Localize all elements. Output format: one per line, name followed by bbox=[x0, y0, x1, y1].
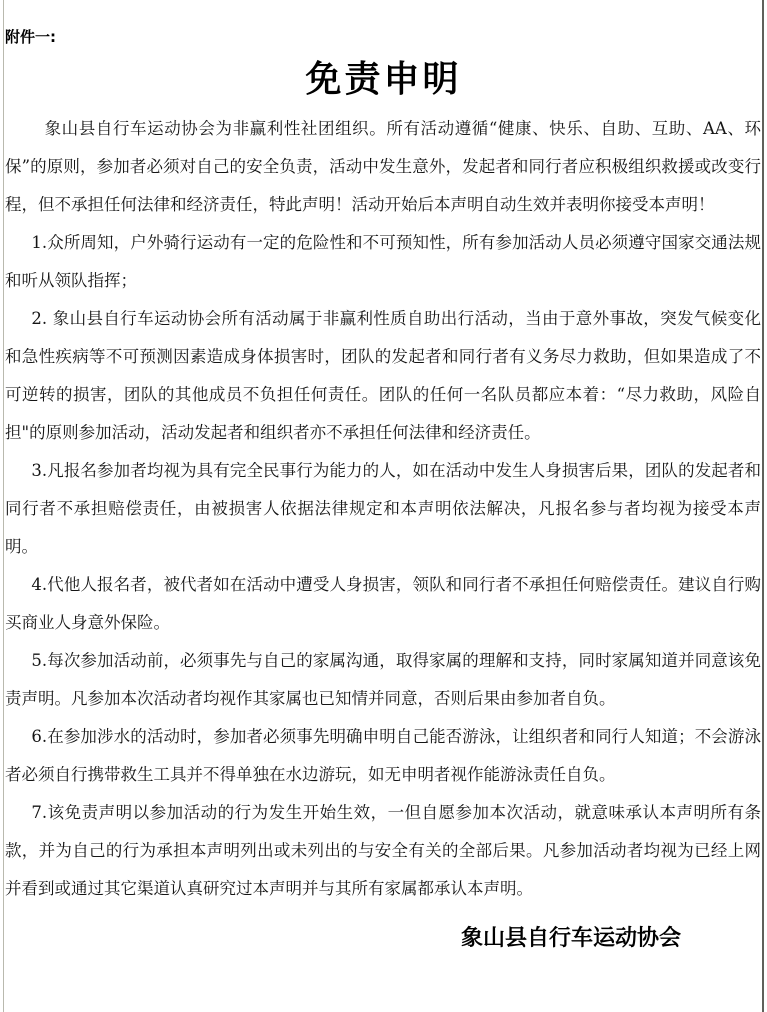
paragraph-item-3: 3.凡报名参加者均视为具有完全民事行为能力的人，如在活动中发生人身损害后果，团队… bbox=[5, 452, 761, 566]
attachment-label: 附件一: bbox=[5, 28, 767, 46]
page-border-left bbox=[3, 0, 4, 1012]
paragraph-item-4: 4.代他人报名者，被代者如在活动中遭受人身损害，领队和同行者不承担任何赔偿责任。… bbox=[5, 566, 761, 642]
paragraph-item-1: 1.众所周知，户外骑行运动有一定的危险性和不可预知性，所有参加活动人员必须遵守国… bbox=[5, 224, 761, 300]
paragraph-intro: 象山县自行车运动协会为非赢利性社团组织。所有活动遵循“健康、快乐、自助、互助、A… bbox=[5, 110, 761, 224]
signature: 象山县自行车运动协会 bbox=[0, 922, 681, 956]
document-title: 免责申明 bbox=[0, 55, 767, 103]
paragraph-item-7: 7.该免责声明以参加活动的行为发生开始生效，一但自愿参加本次活动，就意味承认本声… bbox=[5, 794, 761, 908]
paragraph-item-6: 6.在参加涉水的活动时，参加者必须事先明确申明自己能否游泳，让组织者和同行人知道… bbox=[5, 718, 761, 794]
paragraph-item-2: 2. 象山县自行车运动协会所有活动属于非赢利性质自助出行活动，当由于意外事故，突… bbox=[5, 300, 761, 452]
document-body: 象山县自行车运动协会为非赢利性社团组织。所有活动遵循“健康、快乐、自助、互助、A… bbox=[5, 110, 761, 908]
paragraph-item-5: 5.每次参加活动前，必须事先与自己的家属沟通，取得家属的理解和支持，同时家属知道… bbox=[5, 642, 761, 718]
page-border-right bbox=[762, 0, 764, 1012]
document-page: 附件一: 免责申明 象山县自行车运动协会为非赢利性社团组织。所有活动遵循“健康、… bbox=[0, 0, 767, 1012]
